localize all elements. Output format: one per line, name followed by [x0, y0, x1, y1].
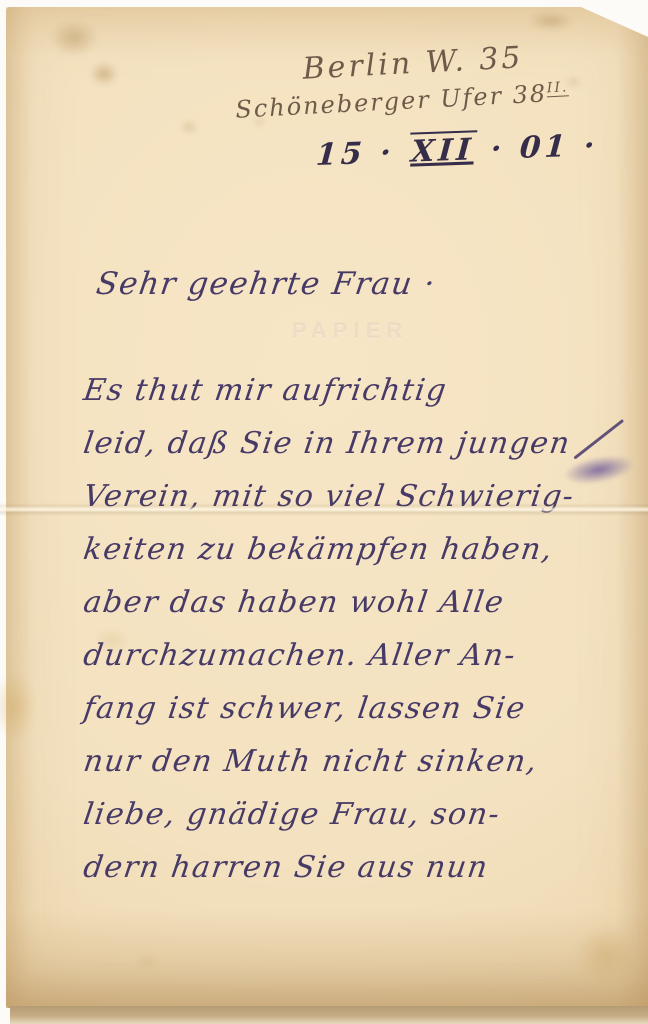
letter-body: Es thut mir aufrichtig leid, daß Sie in …: [80, 364, 640, 894]
salutation-line: Sehr geehrte Frau ·: [94, 266, 438, 302]
body-line: aber das haben wohl Alle: [80, 576, 647, 629]
date-month-roman: XII: [408, 130, 478, 169]
paper-bottom-shadow: [10, 1006, 648, 1024]
body-line: durchzumachen. Aller An-: [80, 629, 647, 682]
body-line: keiten zu bekämpfen haben,: [80, 523, 647, 576]
body-line: leid, daß Sie in Ihrem jungen: [80, 417, 647, 470]
date-day: 15 ·: [315, 135, 396, 173]
body-line: Es thut mir aufrichtig: [80, 364, 647, 417]
body-line: dern harren Sie aus nun: [80, 841, 647, 894]
body-line: Verein, mit so viel Schwierig-: [80, 470, 647, 523]
body-line: nur den Muth nicht sinken,: [80, 735, 647, 788]
body-line: fang ist schwer, lassen Sie: [80, 682, 647, 735]
letter-photo: PAPIER Berlin W. 35 Schöneberger Ufer 38…: [0, 0, 648, 1024]
body-line: liebe, gnädige Frau, son-: [80, 788, 647, 841]
date-year: · 01 ·: [490, 128, 600, 167]
street-floor-superscript: II.: [546, 79, 568, 97]
